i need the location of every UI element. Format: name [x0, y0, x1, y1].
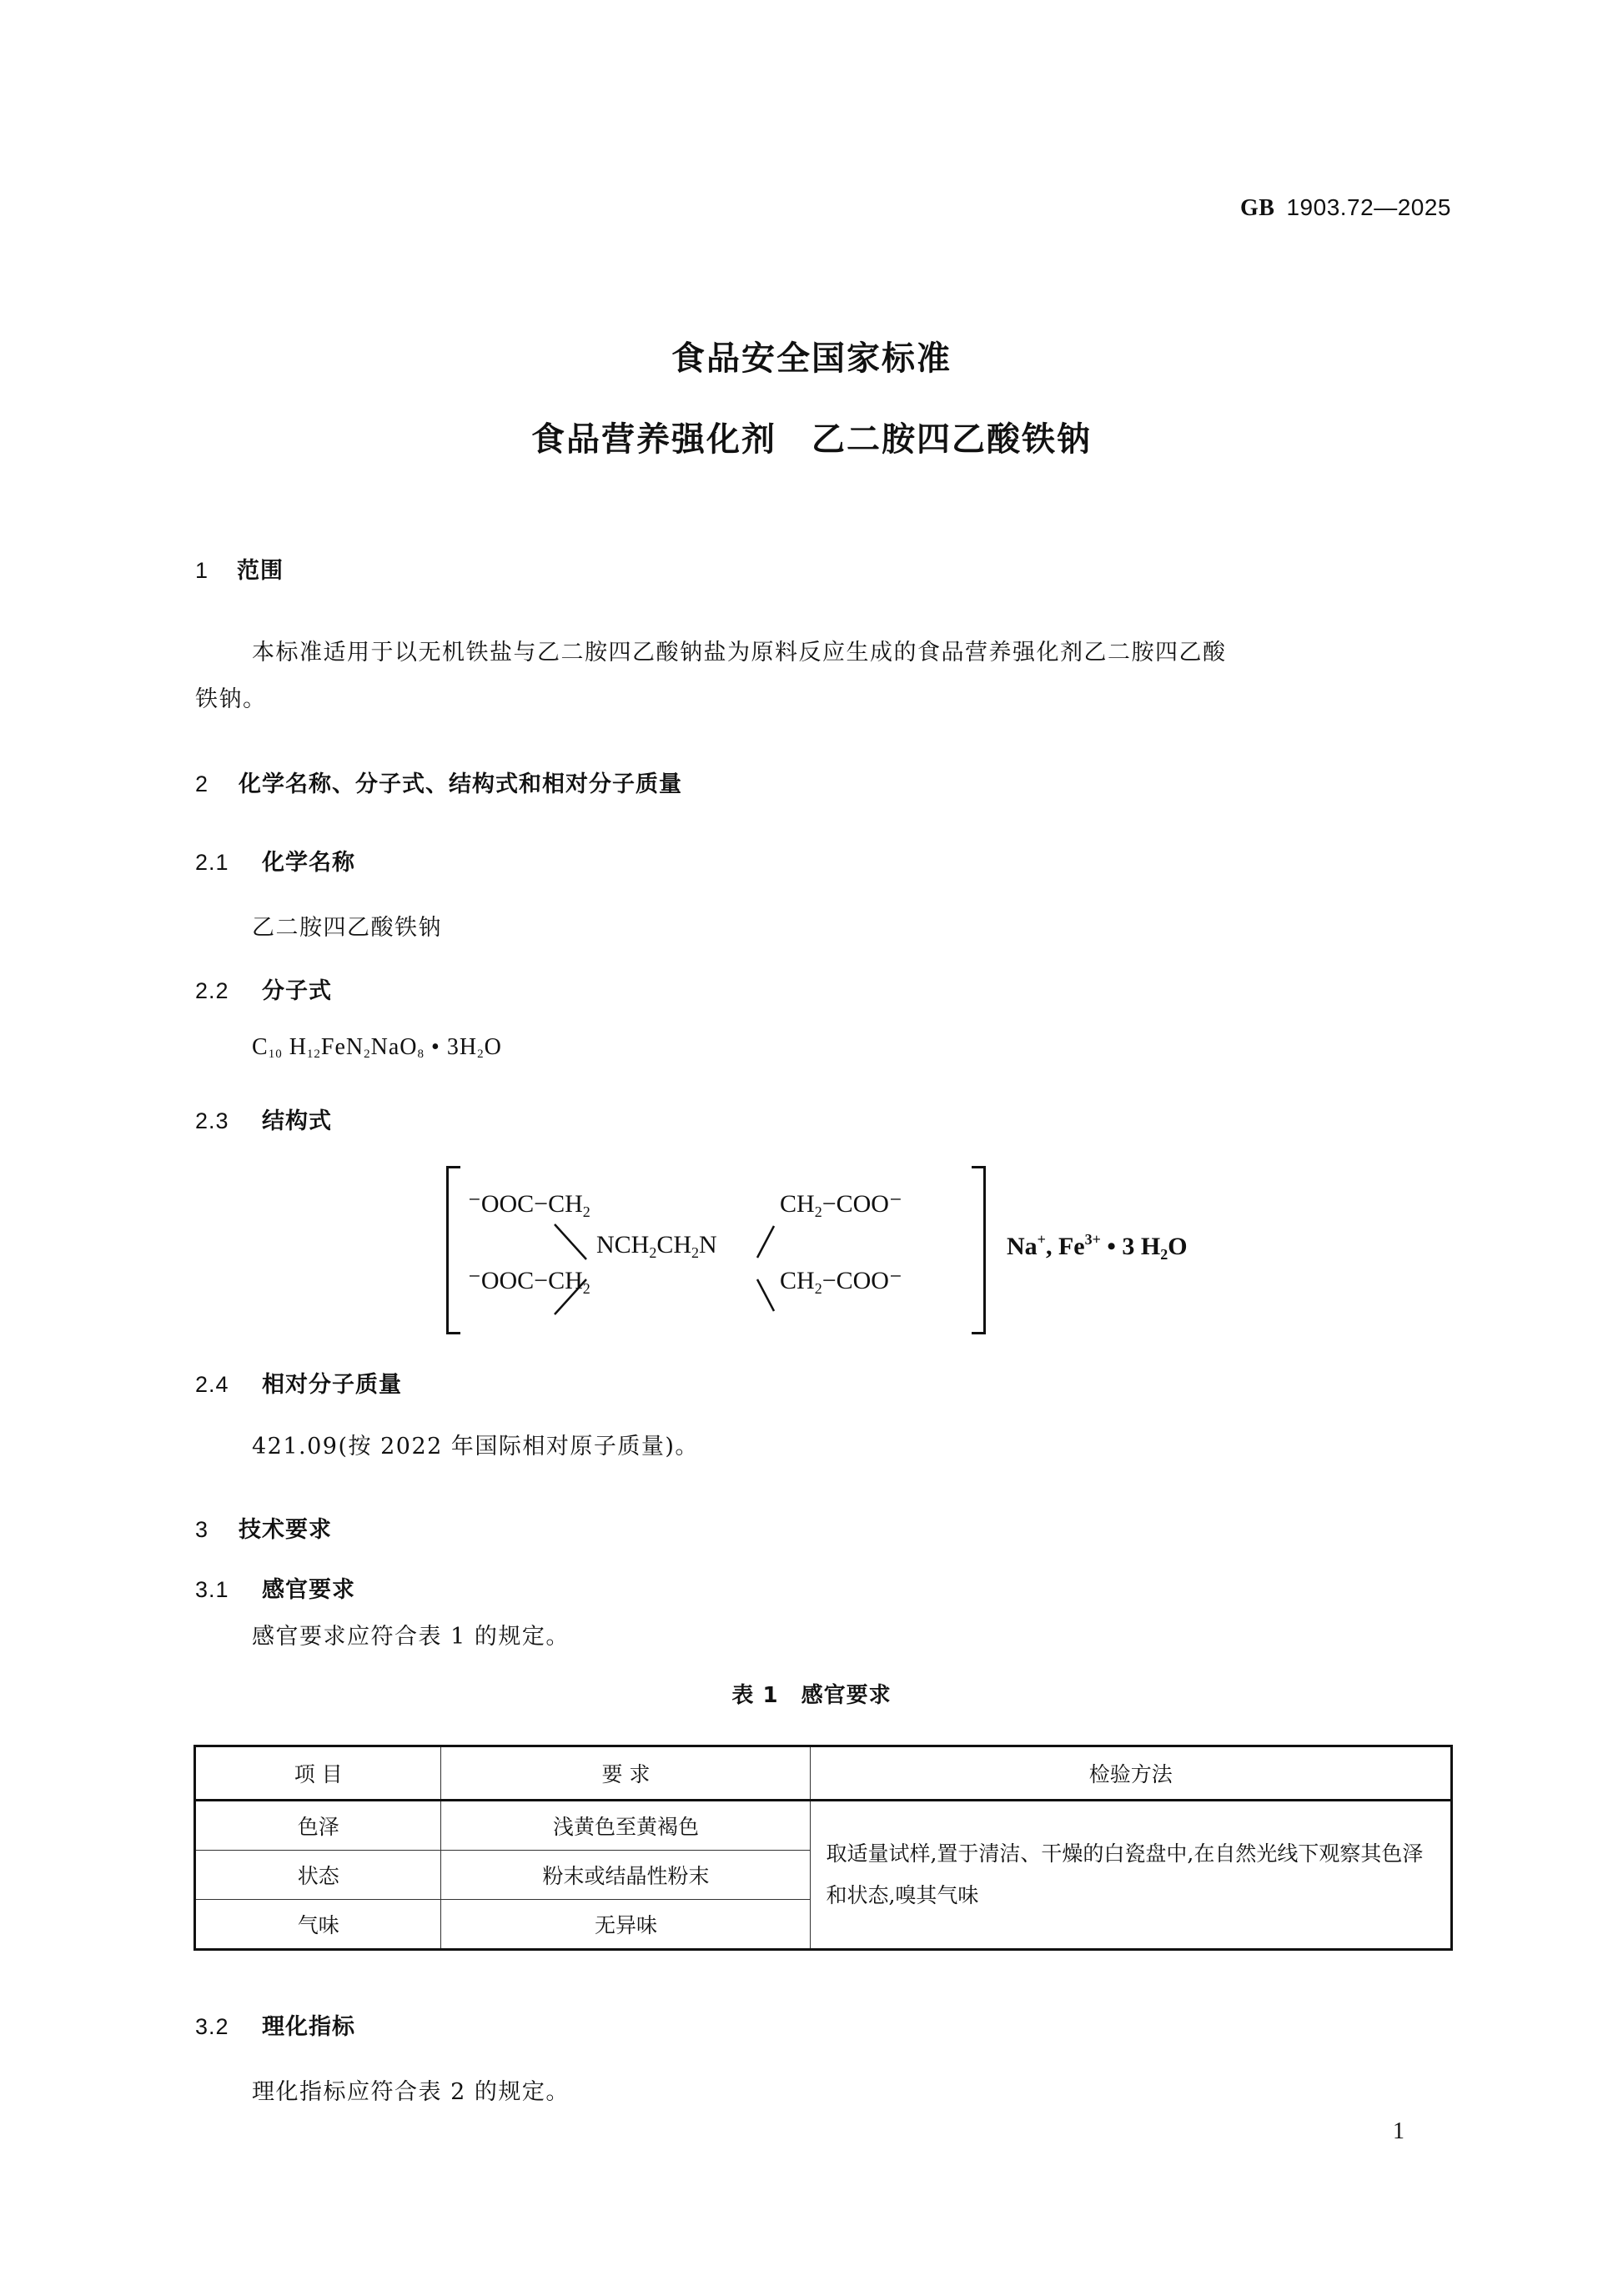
section-2-2-heading: 2.2分子式 — [195, 972, 332, 1005]
center-group: NCH2CH2N — [596, 1231, 717, 1262]
cell-method: 取适量试样,置于清洁、干燥的白瓷盘中,在自然光线下观察其色泽和状态,嗅其气味 — [811, 1801, 1452, 1950]
cell-item: 气味 — [195, 1900, 441, 1950]
section-3-1-body: 感官要求应符合表 1 的规定。 — [252, 1618, 570, 1650]
structural-formula: ⁻OOC−CH2 ⁻OOC−CH2 NCH2CH2N CH2−COO⁻ CH2−… — [446, 1166, 1213, 1333]
header-method: 检验方法 — [811, 1746, 1452, 1801]
header-item: 项 目 — [195, 1746, 441, 1801]
document-title: 食品安全国家标准 — [0, 332, 1623, 379]
counter-ions: Na+, Fe3+ • 3 H2O — [1007, 1231, 1188, 1264]
section-2-heading: 2化学名称、分子式、结构式和相对分子质量 — [195, 766, 682, 798]
header-requirement: 要 求 — [441, 1746, 811, 1801]
cell-item: 色泽 — [195, 1801, 441, 1851]
chemical-name: 乙二胺四乙酸铁钠 — [252, 909, 442, 942]
table-1-caption: 表 1 感官要求 — [0, 1678, 1623, 1709]
table-1-sensory-requirements: 项 目 要 求 检验方法 色泽 浅黄色至黄褐色 取适量试样,置于清洁、干燥的白瓷… — [193, 1745, 1453, 1951]
table-header-row: 项 目 要 求 检验方法 — [195, 1746, 1452, 1801]
section-2-3-heading: 2.3结构式 — [195, 1103, 332, 1135]
bottom-left-group: ⁻OOC−CH2 — [468, 1266, 590, 1298]
molecular-formula: C10 H12FeN2NaO8 • 3H2O — [252, 1034, 502, 1062]
top-left-group: ⁻OOC−CH2 — [468, 1189, 590, 1221]
section-2-1-heading: 2.1化学名称 — [195, 844, 355, 877]
section-1-body-line2: 铁钠。 — [195, 681, 267, 713]
cell-item: 状态 — [195, 1851, 441, 1900]
document-subtitle: 食品营养强化剂 乙二胺四乙酸铁钠 — [0, 413, 1623, 460]
standard-number: 1903.72—2025 — [1286, 194, 1451, 220]
molecular-weight: 421.09(按 2022 年国际相对原子质量)。 — [252, 1428, 699, 1460]
section-3-1-heading: 3.1感官要求 — [195, 1571, 355, 1604]
section-3-2-heading: 3.2理化指标 — [195, 2008, 355, 2041]
section-1-body-line1: 本标准适用于以无机铁盐与乙二胺四乙酸钠盐为原料反应生成的食品营养强化剂乙二胺四乙… — [252, 634, 1227, 666]
top-right-group: CH2−COO⁻ — [780, 1189, 902, 1221]
page-number: 1 — [1393, 2118, 1404, 2145]
table-row: 色泽 浅黄色至黄褐色 取适量试样,置于清洁、干燥的白瓷盘中,在自然光线下观察其色… — [195, 1801, 1452, 1851]
cell-requirement: 粉末或结晶性粉末 — [441, 1851, 811, 1900]
standard-prefix: GB — [1240, 195, 1274, 221]
bottom-right-group: CH2−COO⁻ — [780, 1266, 902, 1298]
cell-requirement: 浅黄色至黄褐色 — [441, 1801, 811, 1851]
section-2-4-heading: 2.4相对分子质量 — [195, 1366, 402, 1399]
section-3-heading: 3技术要求 — [195, 1511, 332, 1544]
standard-code: GB1903.72—2025 — [1240, 193, 1451, 222]
section-3-2-body: 理化指标应符合表 2 的规定。 — [252, 2073, 570, 2106]
cell-requirement: 无异味 — [441, 1900, 811, 1950]
section-1-heading: 1范围 — [195, 552, 284, 585]
